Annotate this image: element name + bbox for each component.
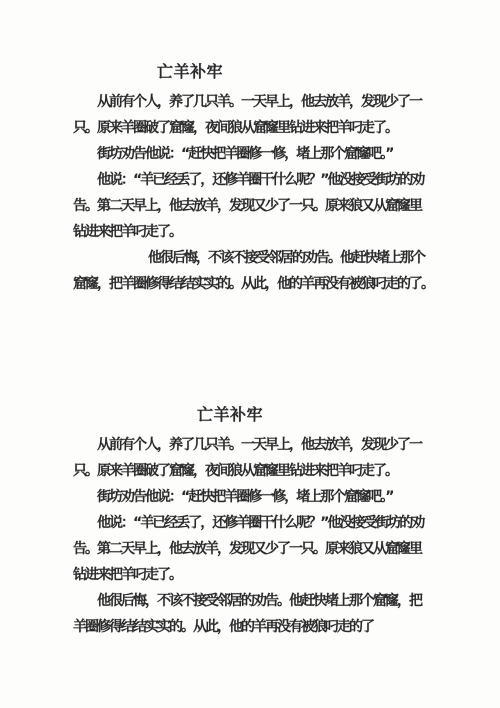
- passage-1-line-2: 只。原来羊圈破了窟窿，夜间狼从窟窿里钻进来把羊叼走了。: [73, 115, 497, 141]
- passage-2-line-6: 钻进来把羊叼走了。: [73, 562, 497, 588]
- passage-2-line-8: 羊圈修得结结实实的。从此，他的羊再没有被狼叼走的了: [73, 614, 497, 640]
- passage-2-title: 亡羊补牢: [73, 402, 497, 428]
- passage-1-line-4: 他说：“羊已经丢了，还修羊圈干什么呢？”他没接受街坊的劝: [73, 167, 497, 193]
- passage-1-line-6: 钻进来把羊叼走了。: [73, 219, 497, 245]
- passage-1-line-7: 他很后悔，不该不接受邻居的劝告。他赶快堵上那个: [73, 245, 497, 271]
- passage-2-line-1: 从前有个人，养了几只羊。一天早上，他去放羊，发现少了一: [73, 432, 497, 458]
- passage-1-line-5: 告。第二天早上，他去放羊，发现又少了一只。原来狼又从窟窿里: [73, 193, 497, 219]
- passage-2-line-2: 只。原来羊圈破了窟窿，夜间狼从窟窿里钻进来把羊叼走了。: [73, 458, 497, 484]
- document-page: 亡羊补牢 从前有个人，养了几只羊。一天早上，他去放羊，发现少了一 只。原来羊圈破…: [0, 0, 500, 708]
- passage-2-line-4: 他说：“羊已经丢了，还修羊圈干什么呢？”他没接受街坊的劝: [73, 510, 497, 536]
- passage-1: 亡羊补牢 从前有个人，养了几只羊。一天早上，他去放羊，发现少了一 只。原来羊圈破…: [73, 59, 497, 297]
- passage-1-line-1: 从前有个人，养了几只羊。一天早上，他去放羊，发现少了一: [73, 89, 497, 115]
- passage-2-line-5: 告。第二天早上，他去放羊，发现又少了一只。原来狼又从窟窿里: [73, 536, 497, 562]
- passage-1-title: 亡羊补牢: [73, 59, 497, 85]
- passage-2-line-7: 他很后悔，不该不接受邻居的劝告。他赶快堵上那个窟窿，把: [73, 588, 497, 614]
- passage-2-line-3: 街坊劝告他说：“赶快把羊圈修一修，堵上那个窟窿吧。”: [73, 484, 497, 510]
- passage-1-line-8: 窟窿，把羊圈修得结结实实的。从此，他的羊再没有被狼叼走的了。: [73, 271, 497, 297]
- passage-2: 亡羊补牢 从前有个人，养了几只羊。一天早上，他去放羊，发现少了一 只。原来羊圈破…: [73, 402, 497, 640]
- passage-1-line-3: 街坊劝告他说：“赶快把羊圈修一修，堵上那个窟窿吧。”: [73, 141, 497, 167]
